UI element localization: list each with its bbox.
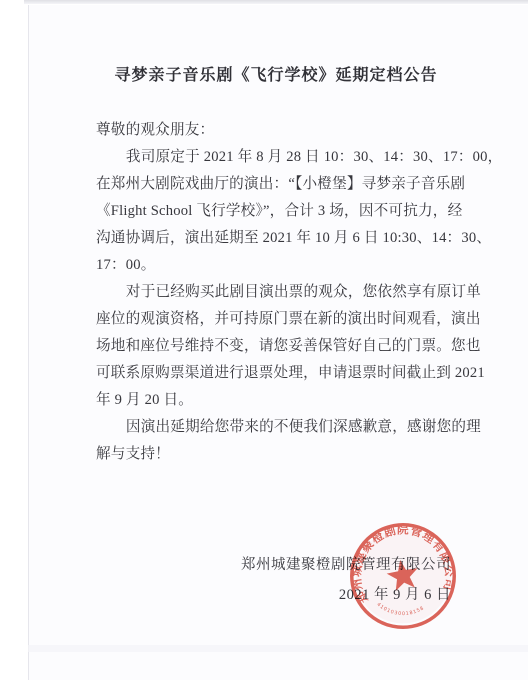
body-line: 因演出延期给您带来的不便我们深感歉意，感谢您的理 (96, 414, 482, 441)
scan-bottom-shadow (28, 645, 528, 652)
body-line: 在郑州大剧院戏曲厅的演出：“【小橙堡】寻梦亲子音乐剧 (96, 171, 482, 198)
body-line: 沟通协调后，演出延期至 2021 年 10 月 6 日 10:30、14：30、 (96, 225, 482, 252)
body-line: 我司原定于 2021 年 8 月 28 日 10：30、14：30、17：00， (96, 144, 482, 171)
document-body: 尊敬的观众朋友： 我司原定于 2021 年 8 月 28 日 10：30、14：… (96, 117, 482, 468)
body-line: 年 9 月 20 日。 (96, 387, 482, 414)
scanned-document: 寻梦亲子音乐剧《飞行学校》延期定档公告 尊敬的观众朋友： 我司原定于 2021 … (0, 0, 528, 680)
body-line: 座位的观演资格，并可持原门票在新的演出时间观看，演出 (96, 306, 482, 333)
body-line: 《Flight School 飞行学校》”，合计 3 场，因不可抗力，经 (96, 198, 482, 225)
body-line: 可联系原购票渠道进行退票处理，申请退票时间截止到 2021 (96, 360, 482, 387)
document-title: 寻梦亲子音乐剧《飞行学校》延期定档公告 (86, 62, 466, 85)
body-line: 对于已经购买此剧目演出票的观众，您依然享有原订单 (96, 279, 482, 306)
body-line: 17：00。 (96, 252, 482, 279)
scan-top-shadow (24, 0, 528, 4)
salutation-line: 尊敬的观众朋友： (96, 117, 482, 144)
paper-sheet: 寻梦亲子音乐剧《飞行学校》延期定档公告 尊敬的观众朋友： 我司原定于 2021 … (28, 5, 528, 680)
body-line: 解与支持！ (96, 441, 482, 468)
company-seal: 郑州城建聚橙剧院管理有限公司 4101030018158 (336, 509, 470, 643)
body-line: 场地和座位号维持不变，请您妥善保管好自己的门票。您也 (96, 333, 482, 360)
